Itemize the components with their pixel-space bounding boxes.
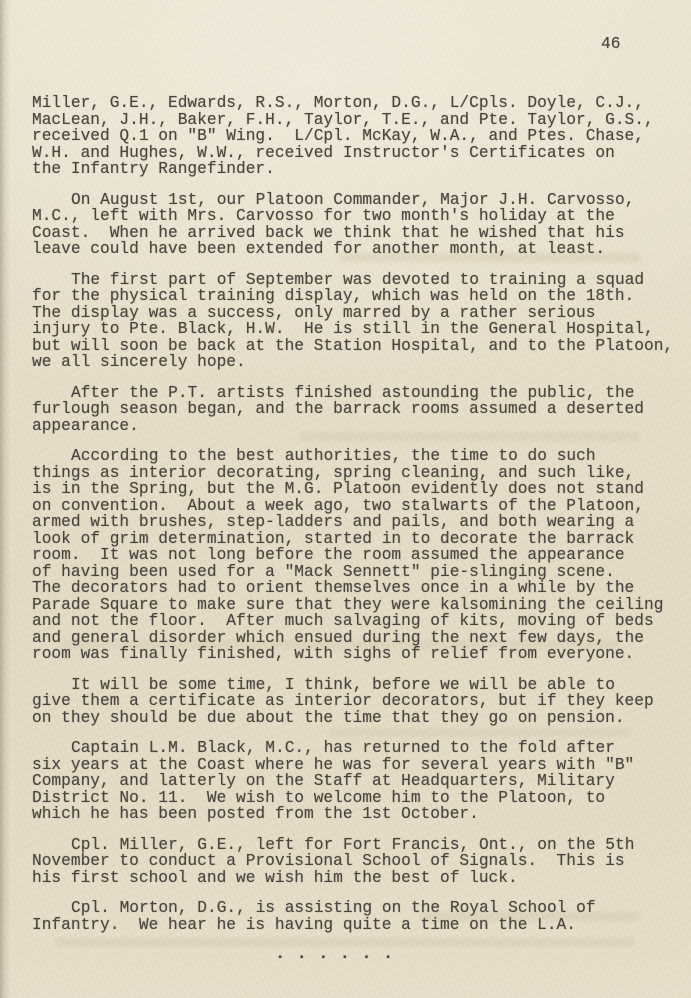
page-number: 46 [601, 36, 620, 53]
paragraph: Miller, G.E., Edwards, R.S., Morton, D.G… [32, 95, 687, 178]
paragraph: According to the best authorities, the t… [32, 448, 687, 663]
paragraph: Captain L.M. Black, M.C., has returned t… [32, 740, 687, 823]
paragraph: Cpl. Miller, G.E., left for Fort Francis… [32, 837, 687, 887]
paragraph: It will be some time, I think, before we… [32, 677, 687, 727]
paragraph: On August 1st, our Platoon Commander, Ma… [32, 192, 687, 258]
paragraph: The first part of September was devoted … [32, 272, 687, 371]
text-block: Miller, G.E., Edwards, R.S., Morton, D.G… [32, 95, 687, 964]
paragraph: Cpl. Morton, D.G., is assisting on the R… [32, 900, 687, 933]
paragraph: After the P.T. artists finished astoundi… [32, 385, 687, 435]
page-edge-shadow [0, 0, 11, 998]
document-page: 46 Miller, G.E., Edwards, R.S., Morton, … [0, 0, 691, 998]
footer-ornament: . . . . . . [32, 947, 687, 964]
